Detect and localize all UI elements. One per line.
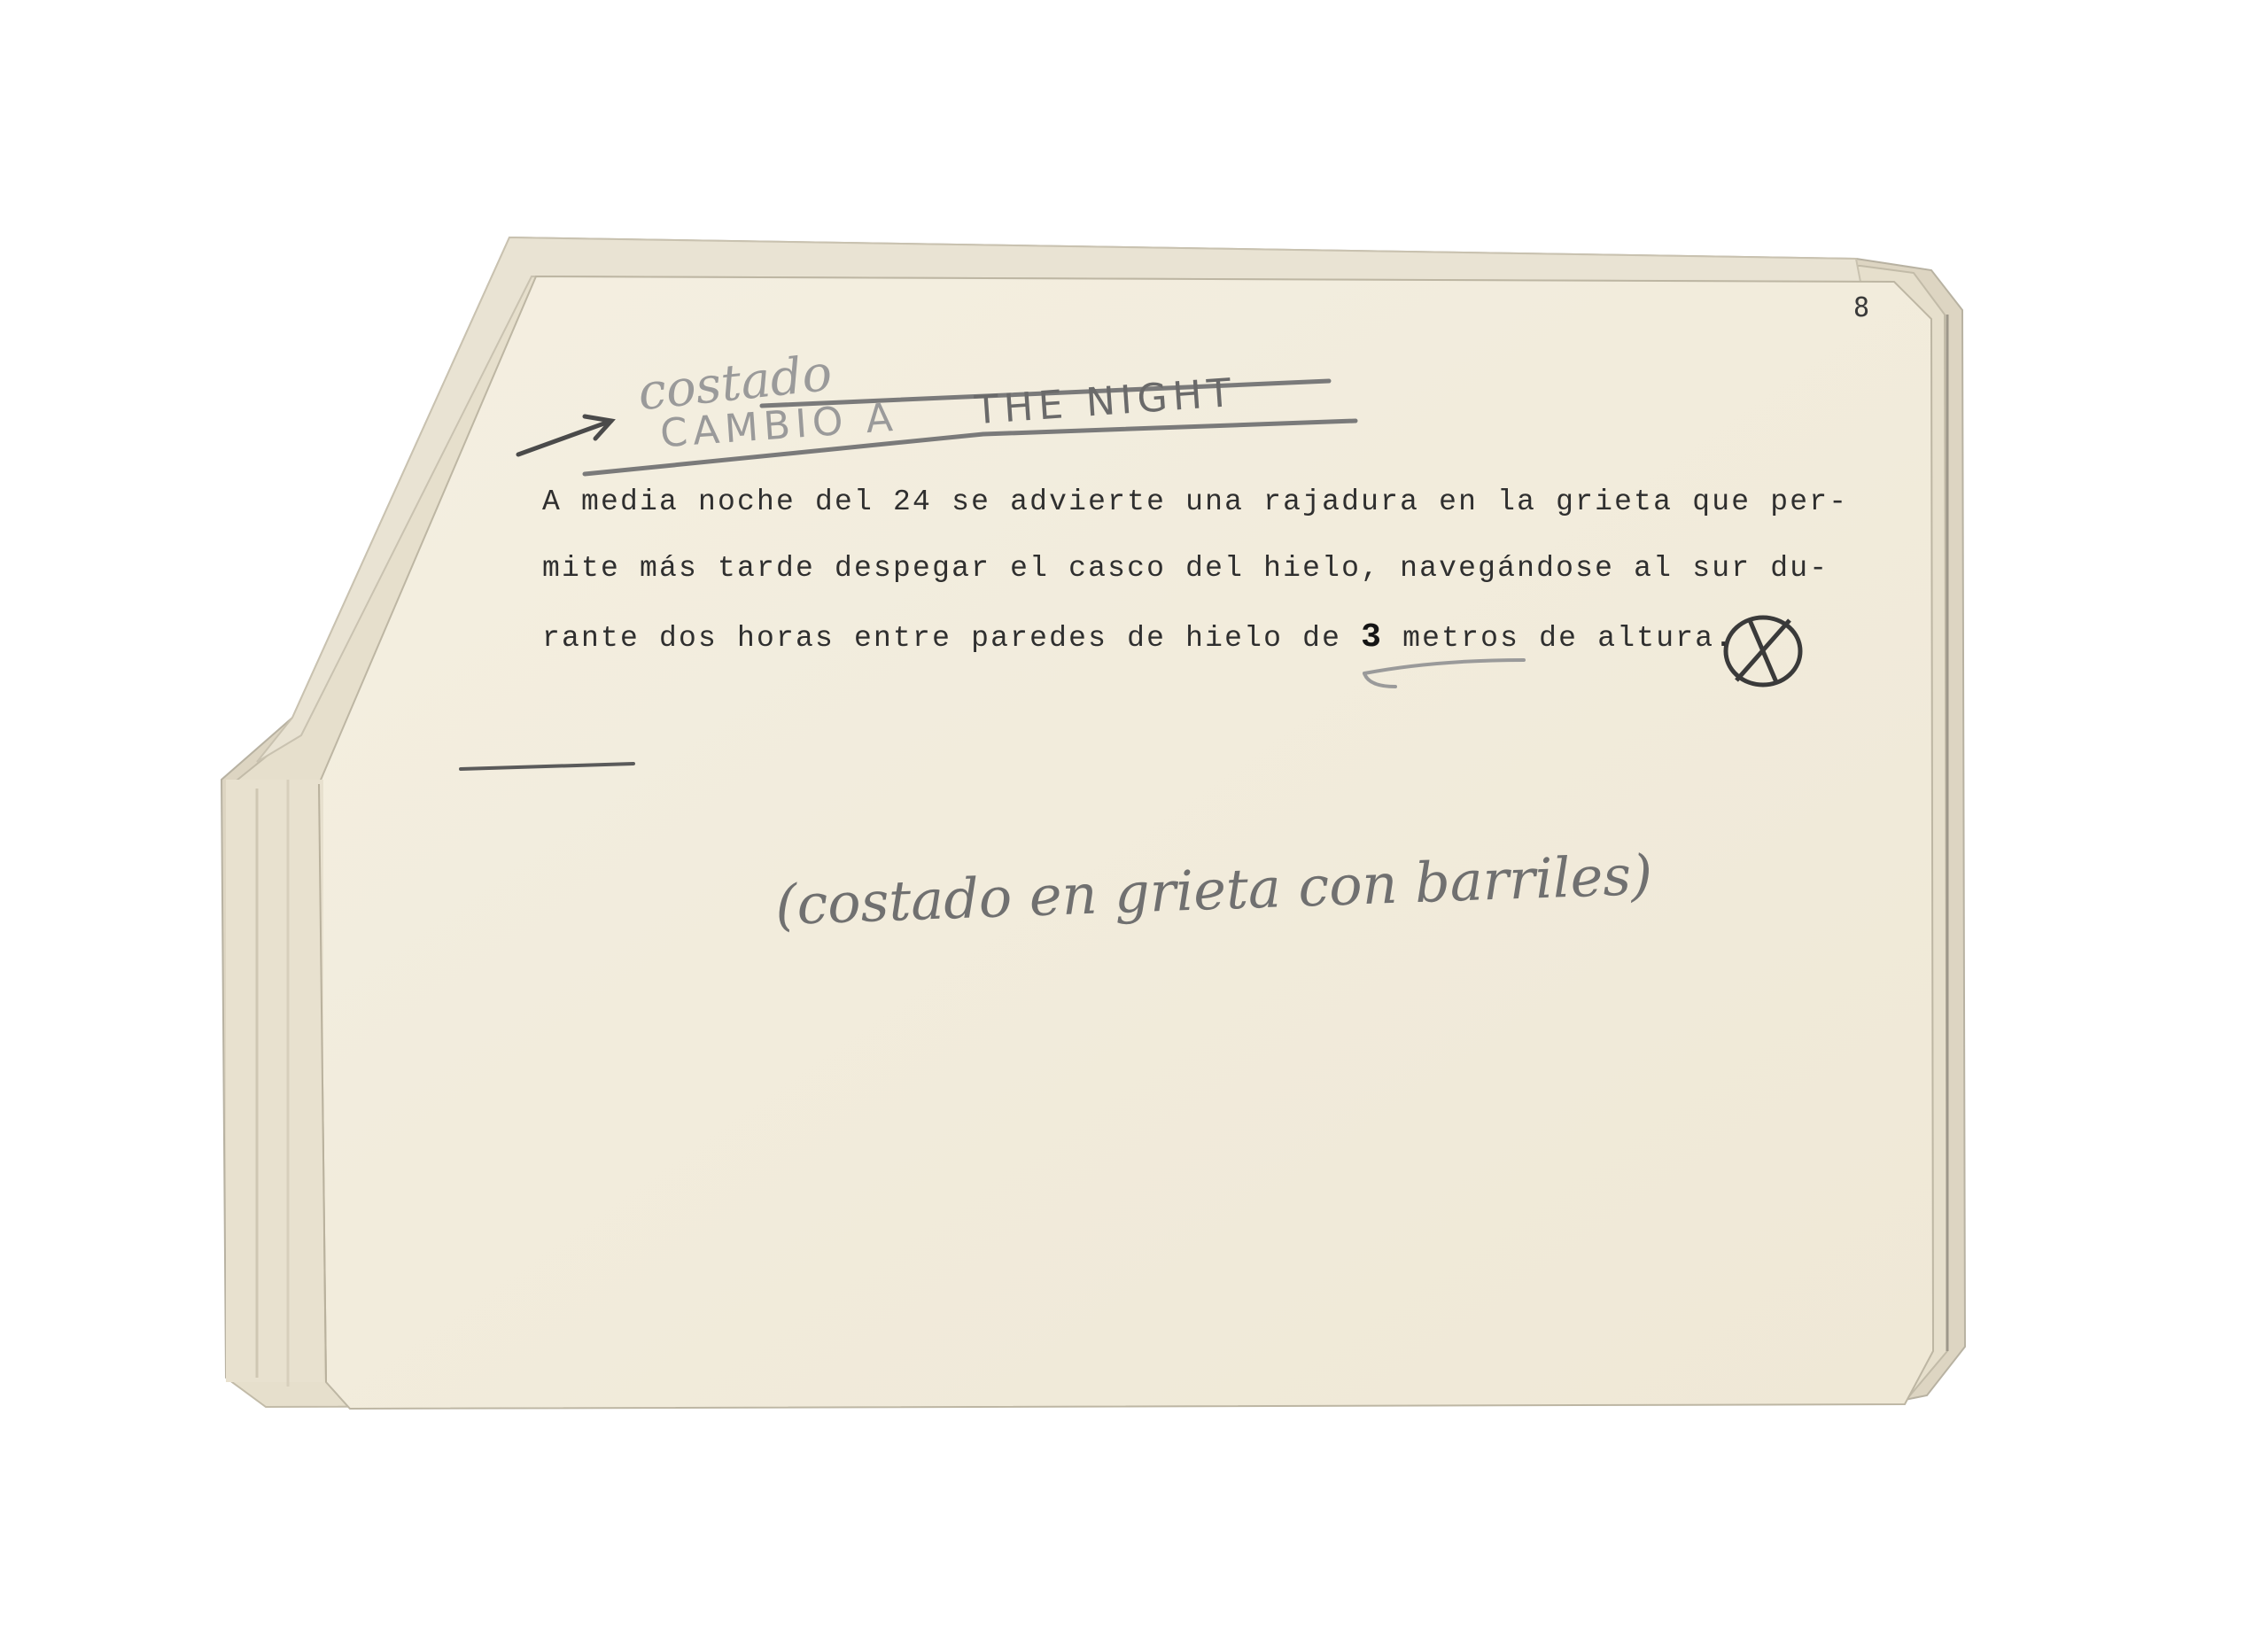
stack-edge xyxy=(226,780,323,1382)
paper-stack xyxy=(0,0,2268,1647)
page-number: 8 xyxy=(1853,292,1869,323)
typed-line-3-start: rante dos horas entre paredes de hielo d… xyxy=(542,622,1361,655)
corrected-number: 3 xyxy=(1361,618,1383,656)
typed-line-2: mite más tarde despegar el casco del hie… xyxy=(542,552,1829,585)
typed-line-3: rante dos horas entre paredes de hielo d… xyxy=(542,618,1734,656)
scanned-document: 8 costado CAMBIO A THE NIGHT A media noc… xyxy=(0,0,2268,1647)
typed-line-1: A media noche del 24 se advierte una raj… xyxy=(542,486,1848,518)
front-page xyxy=(319,276,1933,1409)
typed-line-3-end: metros de altura. xyxy=(1383,622,1734,655)
